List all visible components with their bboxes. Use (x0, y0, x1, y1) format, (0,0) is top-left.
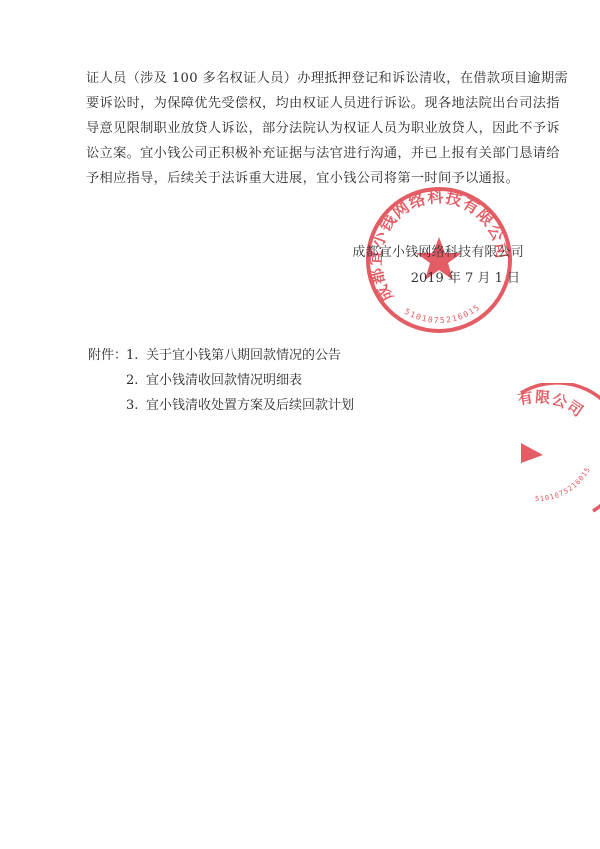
paragraph-line: 要诉讼时，为保障优先受偿权，均由权证人员进行诉讼。现各地法院出台司法指 (86, 91, 510, 116)
attachment-item: 附件：1.关于宜小钱第八期回款情况的公告 (88, 343, 354, 368)
attachment-number: 3. (126, 393, 146, 418)
partial-seal-code: 5101075216015 (535, 465, 592, 503)
partial-seal-text: 有限公司 (517, 388, 587, 421)
svg-text:5101075216015: 5101075216015 (535, 465, 592, 503)
attachments-label: 附件： (88, 343, 126, 368)
attachment-number: 2. (126, 368, 146, 393)
paragraph-line: 讼立案。宜小钱公司正积极补充证据与法官进行沟通，并已上报有关部门恳请给 (86, 141, 510, 166)
signature-block: 成都宜小钱网络科技有限公司 2019 年 7 月 1 日 (334, 244, 524, 288)
partial-seal-icon: 有限公司 5101075216015 (517, 383, 600, 515)
body-paragraph: 证人员（涉及 100 多名权证人员）办理抵押登记和诉讼清收，在借款项目逾期需 要… (86, 66, 510, 191)
attachment-title: 关于宜小钱第八期回款情况的公告 (146, 348, 341, 363)
attachments-list: 附件：1.关于宜小钱第八期回款情况的公告 2.宜小钱清收回款情况明细表 3.宜小… (88, 343, 354, 418)
document-page: 证人员（涉及 100 多名权证人员）办理抵押登记和诉讼清收，在借款项目逾期需 要… (0, 0, 600, 849)
partial-seal: 有限公司 5101075216015 (517, 383, 600, 515)
attachment-title: 宜小钱清收回款情况明细表 (146, 373, 302, 388)
signature-date: 2019 年 7 月 1 日 (334, 270, 524, 288)
signature-company: 成都宜小钱网络科技有限公司 (334, 244, 524, 262)
paragraph-line: 证人员（涉及 100 多名权证人员）办理抵押登记和诉讼清收，在借款项目逾期需 (86, 66, 510, 91)
attachment-item: 2.宜小钱清收回款情况明细表 (88, 368, 354, 393)
attachment-title: 宜小钱清收处置方案及后续回款计划 (146, 398, 354, 413)
attachment-item: 3.宜小钱清收处置方案及后续回款计划 (88, 393, 354, 418)
paragraph-line: 导意见限制职业放贷人诉讼，部分法院认为权证人员为职业放贷人，因此不予诉 (86, 116, 510, 141)
attachment-number: 1. (126, 343, 146, 368)
svg-text:有限公司: 有限公司 (517, 388, 587, 421)
